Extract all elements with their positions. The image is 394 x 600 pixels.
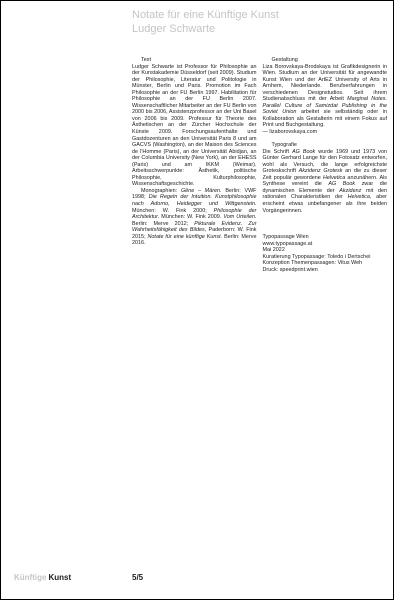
spacer xyxy=(263,214,388,234)
author-bio-paragraph: Ludger Schwarte ist Professor für Philos… xyxy=(132,64,257,188)
page-author: Ludger Schwarte xyxy=(132,23,279,37)
designer-bio-paragraph: Liza Borovskaya-Brodskaya ist Grafikdesi… xyxy=(263,64,388,129)
page-number: 5/5 xyxy=(132,573,143,583)
imprint-block: Typopassage Wien www.typopassage.at Mai … xyxy=(263,234,388,273)
text-column: Text Ludger Schwarte ist Professor für P… xyxy=(132,57,257,273)
imprint-line-print: Druck: speedprint.wien xyxy=(263,267,388,274)
footer-series-muted-word: Künftige xyxy=(14,573,46,582)
colophon-columns: Text Ludger Schwarte ist Professor für P… xyxy=(132,57,387,273)
monographs-paragraph: Monographien: Gêne – Mären. Berlin: VWF … xyxy=(132,188,257,247)
design-column: Gestaltung Liza Borovskaya-Brodskaya ist… xyxy=(263,57,388,273)
footer-series-title: KünftigeKunst xyxy=(14,573,71,583)
colophon-page: Notate für eine Künftige Kunst Ludger Sc… xyxy=(0,0,394,600)
page-title-block: Notate für eine Künftige Kunst Ludger Sc… xyxy=(132,9,279,36)
footer-series-strong-word: Kunst xyxy=(48,573,71,582)
page-title: Notate für eine Künftige Kunst xyxy=(132,9,279,23)
typeface-description-paragraph: Die Schrift AG Book wurde 1969 und 1973 … xyxy=(263,149,388,214)
